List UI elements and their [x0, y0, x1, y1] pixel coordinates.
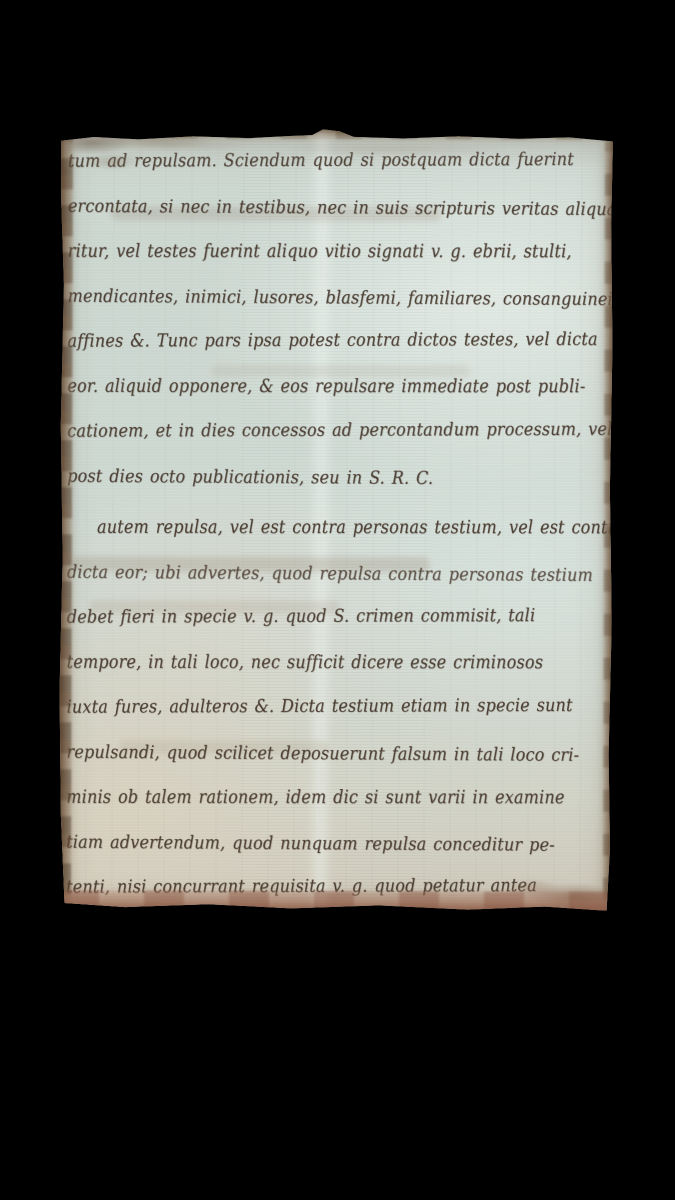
photo-background: tum ad repulsam. Sciendum quod si postqu… [0, 0, 675, 1200]
manuscript-line: ritur, vel testes fuerint aliquo vitio s… [68, 227, 610, 279]
manuscript-line: tenti, nisi concurrant requisita v. g. q… [66, 862, 608, 914]
handwritten-text: tum ad repulsam. Sciendum quod si postqu… [66, 140, 610, 912]
manuscript-line: debet fieri in specie v. g. quod S. crim… [67, 592, 609, 644]
manuscript-line: autem repulsa, vel est contra personas t… [67, 503, 609, 555]
manuscript-line: tum ad repulsam. Sciendum quod si postqu… [68, 136, 610, 188]
manuscript-line: affines &. Tunc pars ipsa potest contra … [67, 316, 609, 368]
manuscript-line: post dies octo publicationis, seu in S. … [67, 453, 609, 507]
manuscript-line: iuxta fures, adulteros &. Dicta testium … [66, 682, 608, 734]
manuscript-page: tum ad repulsam. Sciendum quod si postqu… [59, 128, 613, 910]
manuscript-line: minis ob talem rationem, idem dic si sun… [66, 773, 608, 825]
manuscript-line: cationem, et in dies concessos ad percon… [67, 406, 609, 458]
